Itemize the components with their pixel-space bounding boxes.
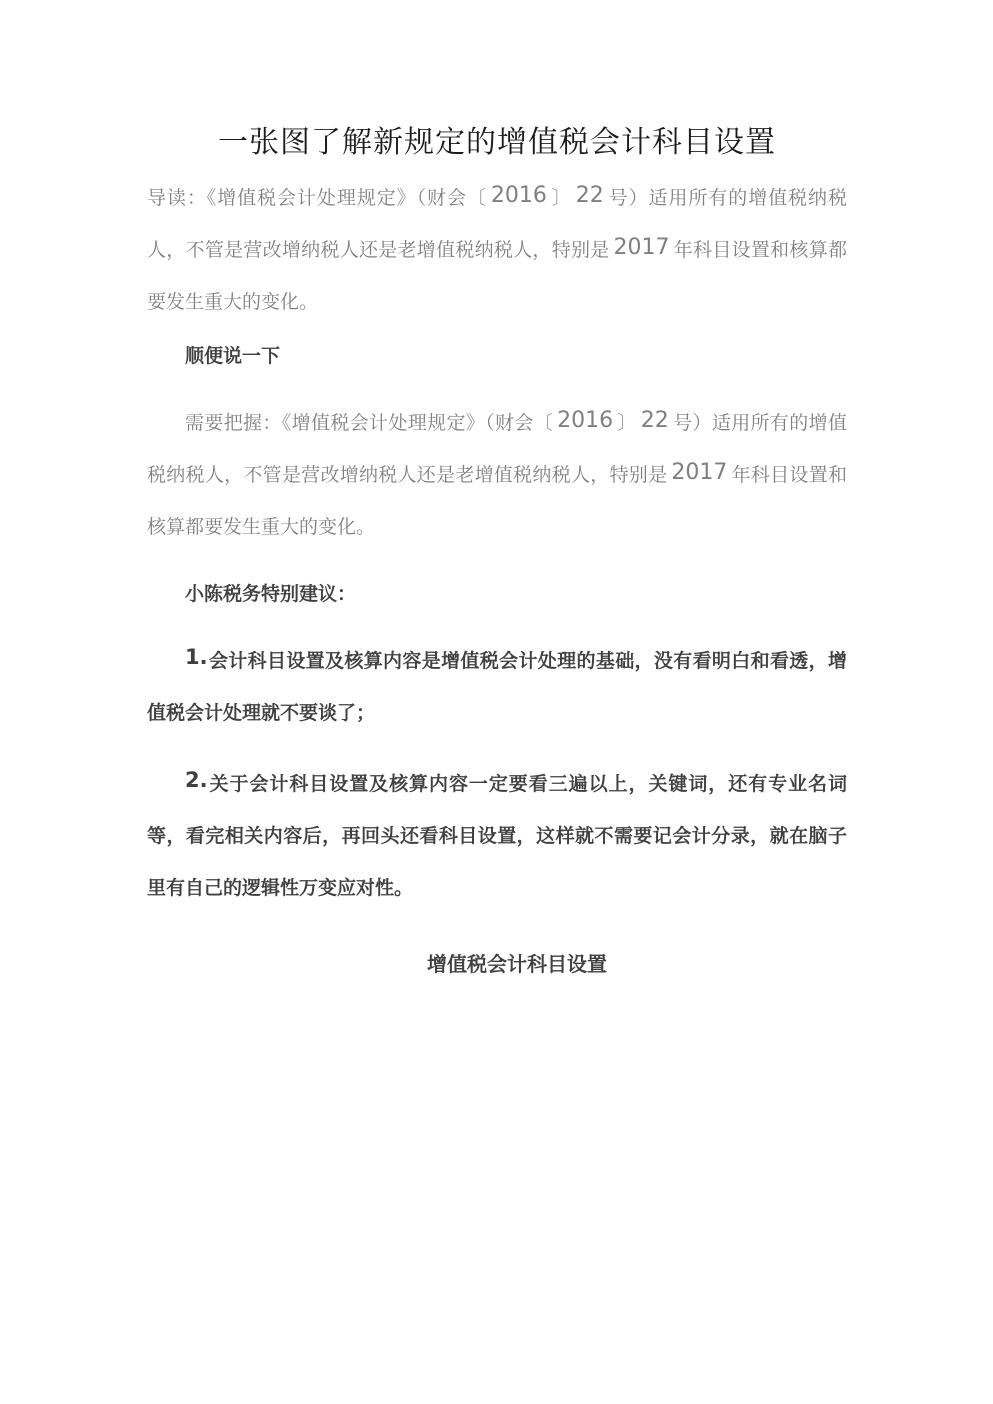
intro-num-22: 22 [576, 183, 604, 208]
body-seg2: 〕 [617, 413, 637, 434]
body-seg1: 需要把握：《增值税会计处理规定》（财会〔 [185, 413, 553, 434]
advice-1-text: 会计科目设置及核算内容是增值税会计处理的基础，没有看明白和看透，增值税会计处理就… [147, 651, 847, 724]
intro-seg2: 〕 [551, 188, 572, 209]
body-paragraph: 需要把握：《增值税会计处理规定》（财会〔2016〕22号）适用所有的增值税纳税人… [147, 398, 847, 554]
section-heading-advice: 小陈税务特别建议： [147, 569, 847, 621]
advice-1-number: 1. [185, 645, 208, 669]
body-num-2016: 2016 [557, 408, 613, 433]
body-num-22: 22 [641, 408, 669, 433]
intro-paragraph: 导读：《增值税会计处理规定》（财会〔2016〕22号）适用所有的增值税纳税人，不… [147, 173, 847, 329]
advice-2-number: 2. [185, 768, 208, 792]
intro-seg1: 导读：《增值税会计处理规定》（财会〔 [147, 188, 487, 209]
document-page: 一张图了解新规定的增值税会计科目设置 导读：《增值税会计处理规定》（财会〔201… [0, 0, 993, 1404]
page-title: 一张图了解新规定的增值税会计科目设置 [147, 117, 847, 169]
advice-item-1: 1.会计科目设置及核算内容是增值税会计处理的基础，没有看明白和看透，增值税会计处… [147, 636, 847, 740]
subtitle-heading: 增值税会计科目设置 [147, 939, 847, 991]
body-num-2017: 2017 [671, 460, 727, 485]
section-heading-aside: 顺便说一下 [147, 331, 847, 383]
intro-num-2016: 2016 [491, 183, 547, 208]
advice-2-text: 关于会计科目设置及核算内容一定要看三遍以上，关键词，还有专业名词等，看完相关内容… [147, 774, 847, 899]
advice-item-2: 2.关于会计科目设置及核算内容一定要看三遍以上，关键词，还有专业名词等，看完相关… [147, 759, 847, 915]
intro-num-2017: 2017 [614, 235, 670, 260]
